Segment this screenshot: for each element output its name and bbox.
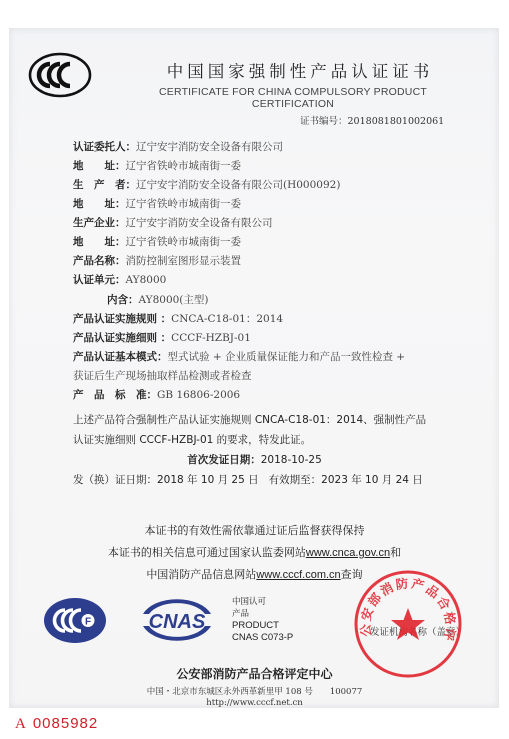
field-manufacturer-address: 地 址：辽宁省铁岭市城南街一委 (73, 196, 241, 211)
certificate-number: 证书编号：2018081801002061 (300, 113, 444, 127)
field-cert-mode: 产品认证基本模式：型式试验 + 企业质量保证能力和产品一致性检查 + (73, 349, 405, 364)
cnas-logo-icon: CNAS (135, 594, 219, 646)
field-manufacturer: 生 产 者：辽宁安宇消防安全设备有限公司(H000092) (73, 177, 340, 192)
field-product-name: 产品名称：消防控制室图形显示装置 (73, 253, 241, 268)
svg-text:F: F (85, 617, 91, 628)
certificate-title-cn: 中国国家强制性产品认证证书 (120, 58, 480, 82)
statement-line-1: 上述产品符合强制性产品认证实施规则 CNCA-C18-01：2014、强制性产品 (73, 412, 426, 427)
serial-number: A0085982 (15, 715, 98, 733)
field-cert-unit: 认证单元：AY8000 (73, 272, 166, 287)
field-includes: 内含：AY8000(主型) (107, 292, 209, 307)
svg-text:CNAS: CNAS (149, 611, 206, 633)
field-implementation-rule: 产品认证实施规则 ：CNCA-C18-01：2014 (73, 311, 283, 326)
validity-note: 本证书的有效性需依靠通过证后监督获得保持 (0, 522, 509, 538)
field-factory: 生产企业：辽宁安宇消防安全设备有限公司 (73, 215, 273, 230)
field-product-standard: 产 品 标 准：GB 16806-2006 (73, 387, 240, 402)
cccf-link[interactable]: www.cccf.com.cn (256, 569, 340, 581)
cnca-link[interactable]: www.cnca.gov.cn (306, 547, 390, 559)
cccf-logo-icon: F (43, 597, 107, 644)
cnas-accreditation-text: 中国认可 产品 PRODUCT CNAS C073-P (232, 596, 293, 644)
field-cert-mode-cont: 获证后生产现场抽取样品检测或者检查 (73, 368, 252, 383)
issuer-address: 中国・北京市东城区永外西革新里甲 108 号 100077 (0, 685, 509, 697)
issuer-org-name: 公安部消防产品合格评定中心 (0, 665, 509, 682)
first-issue-date: 首次发证日期：2018-10-25 (0, 452, 509, 467)
field-applicant-address: 地 址：辽宁省铁岭市城南街一委 (73, 158, 241, 173)
ccc-mark-icon (28, 52, 92, 98)
field-factory-address: 地 址：辽宁省铁岭市城南街一委 (73, 234, 241, 249)
issue-validity-dates: 发（换）证日期：2018 年 10 月 25 日 有效期至：2023 年 10 … (73, 472, 423, 487)
field-implementation-detail: 产品认证实施细则 ：CCCF-HZBJ-01 (73, 330, 251, 345)
field-applicant: 认证委托人：辽宁安宇消防安全设备有限公司 (73, 139, 283, 154)
info-note-cnca: 本证书的相关信息可通过国家认监委网站www.cnca.gov.cn和 (0, 544, 509, 560)
statement-line-2: 认证实施细则 CCCF-HZBJ-01 的要求，特发此证。 (73, 432, 311, 447)
official-seal-icon: 公安部消防产品合格评定中心 (352, 568, 464, 680)
certificate-title-en: CERTIFICATE FOR CHINA COMPULSORY PRODUCT… (118, 86, 468, 110)
issuer-url[interactable]: http://www.cccf.net.cn (0, 698, 509, 708)
